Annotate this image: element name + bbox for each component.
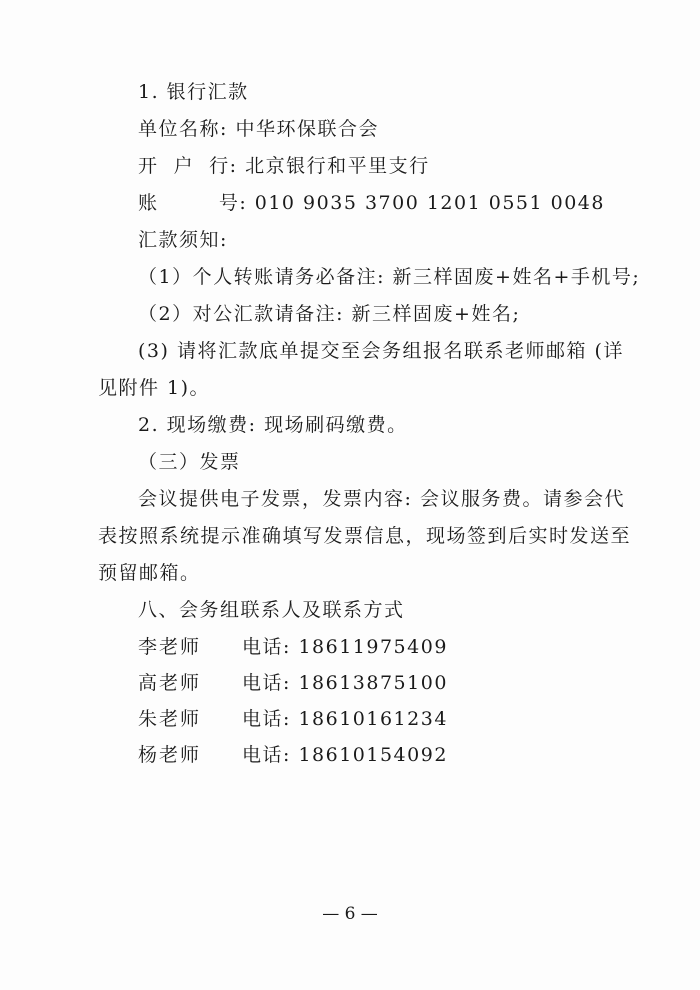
document-page: 1. 银行汇款 单位名称: 中华环保联合会 开 户 行: 北京银行和平里支行 账… [0, 0, 700, 990]
invoice-line-1: 会议提供电子发票，发票内容: 会议服务费。请参会代 [138, 487, 625, 511]
onsite-payment-line: 2. 现场缴费: 现场刷码缴费。 [138, 413, 408, 437]
contact-phone: 电话: 18610161234 [242, 707, 448, 731]
contact-name: 李老师 [138, 635, 201, 659]
page-number: — 6 — [0, 904, 700, 924]
contacts-heading: 八、会务组联系人及联系方式 [138, 598, 405, 622]
notice-item-3: (3) 请将汇款底单提交至会务组报名联系老师邮箱 (详 [138, 339, 624, 363]
invoice-line-3: 预留邮箱。 [98, 561, 201, 585]
contact-phone: 电话: 18610154092 [242, 743, 448, 767]
bank-line: 开 户 行: 北京银行和平里支行 [138, 154, 430, 178]
invoice-line-2: 表按照系统提示准确填写发票信息，现场签到后实时发送至 [98, 524, 631, 548]
contact-name: 高老师 [138, 671, 201, 695]
contact-name: 杨老师 [138, 743, 201, 767]
contact-phone: 电话: 18611975409 [242, 635, 448, 659]
invoice-heading: （三）发票 [138, 450, 241, 474]
notice-item-2: （2）对公汇款请备注: 新三样固废+姓名; [138, 302, 520, 326]
contact-phone: 电话: 18613875100 [242, 671, 448, 695]
notice-item-1: （1）个人转账请务必备注: 新三样固废+姓名+手机号; [138, 265, 640, 289]
notice-heading: 汇款须知: [138, 228, 228, 252]
unit-name-line: 单位名称: 中华环保联合会 [138, 117, 379, 141]
notice-item-3-cont: 见附件 1)。 [98, 376, 210, 400]
contact-name: 朱老师 [138, 707, 201, 731]
bank-transfer-heading: 1. 银行汇款 [138, 80, 249, 104]
account-line: 账 号: 010 9035 3700 1201 0551 0048 [138, 191, 605, 215]
